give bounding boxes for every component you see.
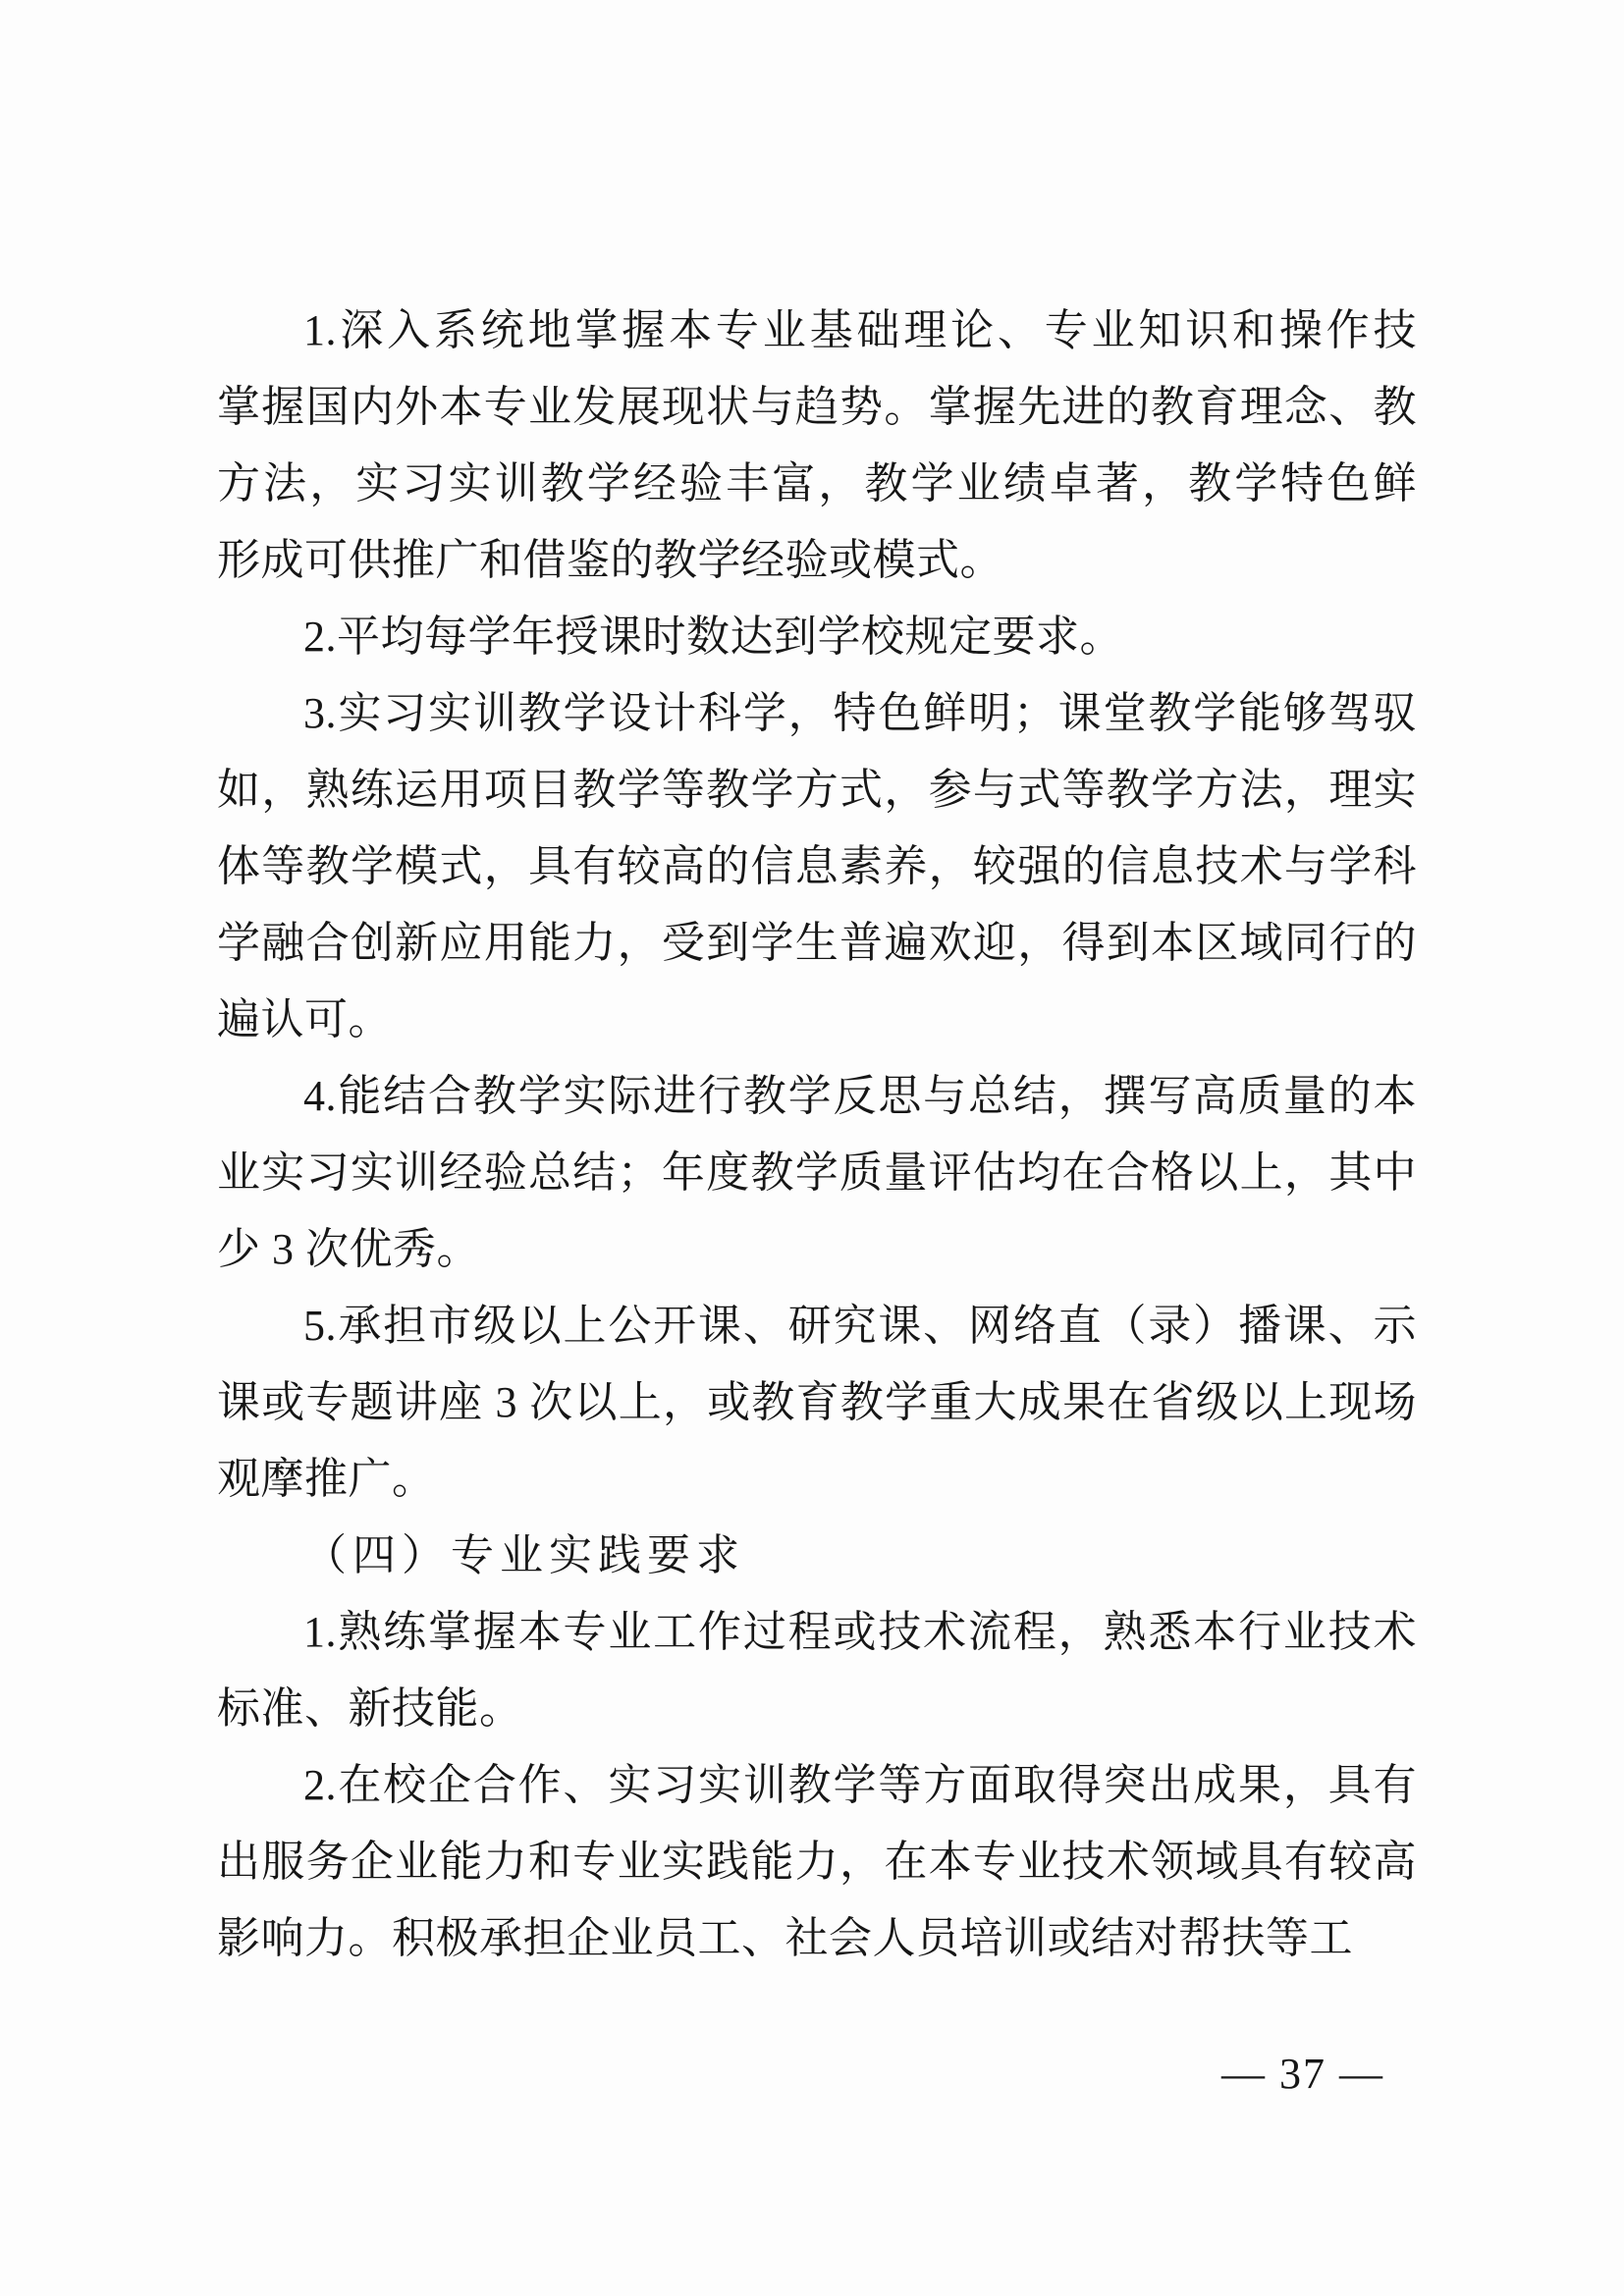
paragraph: 1.熟练掌握本专业工作过程或技术流程，熟悉本行业技术新标准、新技能。 bbox=[217, 1594, 1417, 1747]
text-line: 观摩推广。 bbox=[217, 1441, 1417, 1518]
text-line: 1.深入系统地掌握本专业基础理论、专业知识和操作技能， bbox=[217, 293, 1417, 369]
text-line: 课或专题讲座 3 次以上，或教育教学重大成果在省级以上现场会 bbox=[217, 1364, 1417, 1441]
text-line: 掌握国内外本专业发展现状与趋势。掌握先进的教育理念、教学 bbox=[217, 369, 1417, 446]
text-line: 4.能结合教学实际进行教学反思与总结，撰写高质量的本专 bbox=[217, 1058, 1417, 1135]
document-body: 1.深入系统地掌握本专业基础理论、专业知识和操作技能，掌握国内外本专业发展现状与… bbox=[217, 293, 1417, 1977]
text-line: 2.平均每学年授课时数达到学校规定要求。 bbox=[217, 599, 1417, 675]
text-line: （四）专业实践要求 bbox=[217, 1518, 1417, 1594]
paragraph: 4.能结合教学实际进行教学反思与总结，撰写高质量的本专业实习实训经验总结；年度教… bbox=[217, 1058, 1417, 1288]
text-line: 如，熟练运用项目教学等教学方式，参与式等教学方法，理实一 bbox=[217, 752, 1417, 828]
text-line: 5.承担市级以上公开课、研究课、网络直（录）播课、示范 bbox=[217, 1288, 1417, 1364]
text-line: 学融合创新应用能力，受到学生普遍欢迎，得到本区域同行的普 bbox=[217, 905, 1417, 982]
text-line: 2.在校企合作、实习实训教学等方面取得突出成果，具有突 bbox=[217, 1747, 1417, 1824]
text-line: 遍认可。 bbox=[217, 982, 1417, 1058]
paragraph: 1.深入系统地掌握本专业基础理论、专业知识和操作技能，掌握国内外本专业发展现状与… bbox=[217, 293, 1417, 599]
text-line: 业实习实训经验总结；年度教学质量评估均在合格以上，其中至 bbox=[217, 1135, 1417, 1211]
text-line: 影响力。积极承担企业员工、社会人员培训或结对帮扶等工作。 bbox=[217, 1900, 1417, 1977]
section-heading: （四）专业实践要求 bbox=[217, 1518, 1417, 1594]
text-line: 1.熟练掌握本专业工作过程或技术流程，熟悉本行业技术新 bbox=[217, 1594, 1417, 1671]
text-line: 少 3 次优秀。 bbox=[217, 1211, 1417, 1288]
paragraph: 2.在校企合作、实习实训教学等方面取得突出成果，具有突出服务企业能力和专业实践能… bbox=[217, 1747, 1417, 1977]
paragraph: 2.平均每学年授课时数达到学校规定要求。 bbox=[217, 599, 1417, 675]
paragraph: 5.承担市级以上公开课、研究课、网络直（录）播课、示范课或专题讲座 3 次以上，… bbox=[217, 1288, 1417, 1518]
text-line: 出服务企业能力和专业实践能力，在本专业技术领域具有较高的 bbox=[217, 1824, 1417, 1900]
page-number: — 37 — bbox=[1221, 2050, 1384, 2098]
text-line: 体等教学模式，具有较高的信息素养，较强的信息技术与学科教 bbox=[217, 828, 1417, 905]
document-page: 1.深入系统地掌握本专业基础理论、专业知识和操作技能，掌握国内外本专业发展现状与… bbox=[0, 0, 1624, 2296]
text-line: 标准、新技能。 bbox=[217, 1671, 1417, 1747]
text-line: 方法，实习实训教学经验丰富，教学业绩卓著，教学特色鲜明， bbox=[217, 446, 1417, 522]
paragraph: 3.实习实训教学设计科学，特色鲜明；课堂教学能够驾驭自如，熟练运用项目教学等教学… bbox=[217, 675, 1417, 1058]
text-line: 形成可供推广和借鉴的教学经验或模式。 bbox=[217, 522, 1417, 599]
text-line: 3.实习实训教学设计科学，特色鲜明；课堂教学能够驾驭自 bbox=[217, 675, 1417, 752]
page-footer: — 37 — bbox=[1221, 2050, 1384, 2099]
